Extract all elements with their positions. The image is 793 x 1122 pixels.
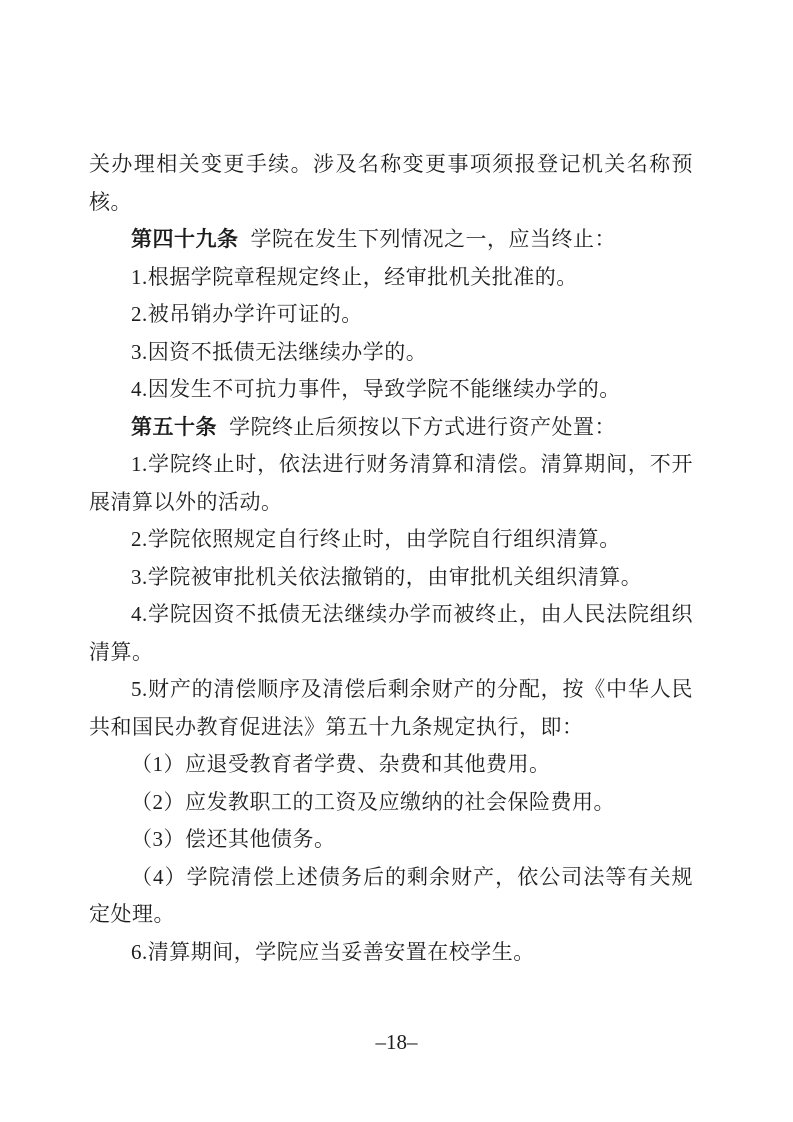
text-line: 4.因发生不可抗力事件，导致学院不能继续办学的。 — [89, 371, 693, 409]
text-line: 共和国民办教育促进法》第五十九条规定执行，即： — [89, 709, 693, 747]
line-text: 学院终止后须按以下方式进行资产处置： — [229, 415, 616, 439]
text-line: 关办理相关变更手续。涉及名称变更事项须报登记机关名称预 — [89, 146, 693, 184]
text-line: 核。 — [89, 184, 693, 222]
line-text: 1.根据学院章程规定终止，经审批机关批准的。 — [131, 265, 578, 289]
text-line: 6.清算期间，学院应当妥善安置在校学生。 — [89, 934, 693, 972]
line-text: 2.被吊销办学许可证的。 — [131, 302, 363, 326]
line-text: （3）偿还其他债务。 — [131, 827, 336, 851]
line-text: （1）应退受教育者学费、杂费和其他费用。 — [131, 752, 551, 776]
line-text: 5.财产的清偿顺序及清偿后剩余财产的分配，按《中华人民 — [131, 677, 693, 701]
text-line: 4.学院因资不抵债无法继续办学而被终止，由人民法院组织 — [89, 596, 693, 634]
line-text: 1.学院终止时，依法进行财务清算和清偿。清算期间，不开 — [131, 452, 693, 476]
line-text: （4）学院清偿上述债务后的剩余财产，依公司法等有关规 — [131, 865, 693, 889]
line-text: 2.学院依照规定自行终止时，由学院自行组织清算。 — [131, 527, 621, 551]
text-line: 2.学院依照规定自行终止时，由学院自行组织清算。 — [89, 521, 693, 559]
text-line: 清算。 — [89, 634, 693, 672]
text-line: （1）应退受教育者学费、杂费和其他费用。 — [89, 746, 693, 784]
line-text: （2）应发教职工的工资及应缴纳的社会保险费用。 — [131, 790, 615, 814]
article-number: 第五十条 — [131, 415, 217, 439]
line-text: 核。 — [89, 190, 132, 214]
line-text: 展清算以外的活动。 — [89, 490, 283, 514]
page-number: –18– — [0, 1030, 793, 1054]
line-text: 6.清算期间，学院应当妥善安置在校学生。 — [131, 940, 535, 964]
line-text: 共和国民办教育促进法》第五十九条规定执行，即： — [89, 715, 584, 739]
line-text: 学院在发生下列情况之一，应当终止： — [251, 227, 617, 251]
text-line: （3）偿还其他债务。 — [89, 821, 693, 859]
text-line: 1.根据学院章程规定终止，经审批机关批准的。 — [89, 259, 693, 297]
line-text: 清算。 — [89, 640, 154, 664]
article-number: 第四十九条 — [131, 227, 239, 251]
text-line: （2）应发教职工的工资及应缴纳的社会保险费用。 — [89, 784, 693, 822]
line-text: 3.学院被审批机关依法撤销的，由审批机关组织清算。 — [131, 565, 642, 589]
text-line: （4）学院清偿上述债务后的剩余财产，依公司法等有关规 — [89, 859, 693, 897]
document-lines: 关办理相关变更手续。涉及名称变更事项须报登记机关名称预核。第四十九条学院在发生下… — [89, 146, 693, 971]
text-line: 1.学院终止时，依法进行财务清算和清偿。清算期间，不开 — [89, 446, 693, 484]
line-text: 3.因资不抵债无法继续办学的。 — [131, 340, 427, 364]
document-page: 关办理相关变更手续。涉及名称变更事项须报登记机关名称预核。第四十九条学院在发生下… — [0, 0, 793, 1122]
line-text: 4.学院因资不抵债无法继续办学而被终止，由人民法院组织 — [131, 602, 693, 626]
text-line: 2.被吊销办学许可证的。 — [89, 296, 693, 334]
line-text: 定处理。 — [89, 902, 175, 926]
text-line: 3.学院被审批机关依法撤销的，由审批机关组织清算。 — [89, 559, 693, 597]
line-text: 4.因发生不可抗力事件，导致学院不能继续办学的。 — [131, 377, 621, 401]
text-line: 3.因资不抵债无法继续办学的。 — [89, 334, 693, 372]
text-line: 展清算以外的活动。 — [89, 484, 693, 522]
text-line: 第四十九条学院在发生下列情况之一，应当终止： — [89, 221, 693, 259]
text-line: 定处理。 — [89, 896, 693, 934]
line-text: 关办理相关变更手续。涉及名称变更事项须报登记机关名称预 — [89, 152, 693, 176]
text-line: 5.财产的清偿顺序及清偿后剩余财产的分配，按《中华人民 — [89, 671, 693, 709]
text-line: 第五十条学院终止后须按以下方式进行资产处置： — [89, 409, 693, 447]
